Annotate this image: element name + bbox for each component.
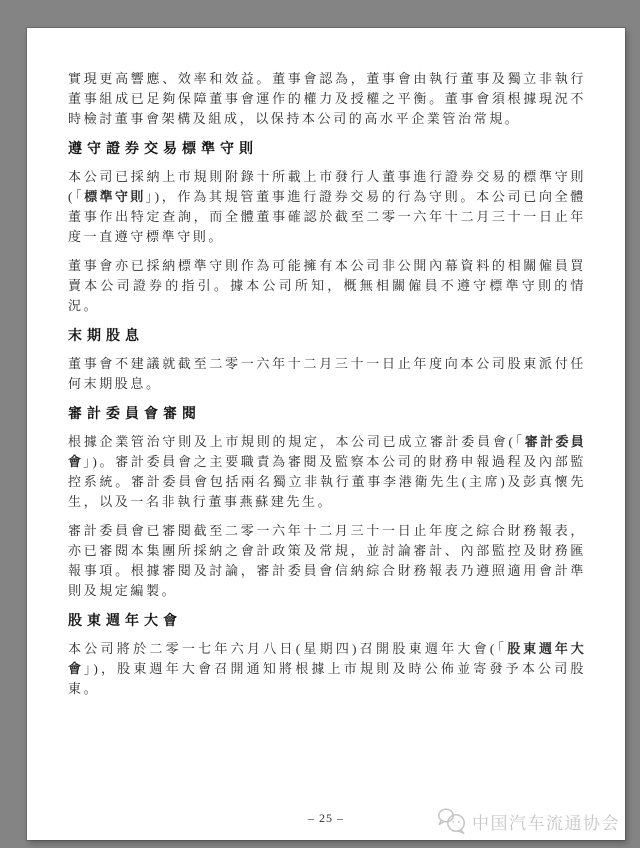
text-segment: 審計委員會審閱 [68, 405, 201, 421]
text-segment: 遵守證券交易標準守則 [68, 140, 258, 156]
body-paragraph: 審計委員會已審閱截至二零一六年十二月三十一日止年度之綜合財務報表，亦已審閱本集團… [68, 521, 586, 601]
section-heading: 末期股息 [68, 325, 586, 345]
document-page: 實現更高響應、效率和效益。董事會認為，董事會由執行董事及獨立非執行董事組成已足夠… [27, 28, 625, 840]
text-segment: 實現更高響應、效率和效益。董事會認為，董事會由執行董事及獨立非執行董事組成已足夠… [68, 71, 586, 126]
text-segment: 」)。審計委員會之主要職責為審閱及監察本公司的財務申報過程及內部監控系統。審計委… [68, 454, 586, 509]
body-paragraph: 本公司已採納上市規則附錄十所載上市發行人董事進行證券交易的標準守則(「標準守則」… [68, 167, 586, 247]
text-segment: 」)，股東週年大會召開通知將根據上市規則及時公佈並寄發予本公司股東。 [68, 661, 586, 696]
watermark-text: 中国汽车流通协会 [472, 809, 620, 834]
watermark: 中国汽车流通协会 [437, 807, 620, 835]
section-heading: 審計委員會審閱 [68, 403, 586, 423]
text-segment: 審計委員會已審閱截至二零一六年十二月三十一日止年度之綜合財務報表，亦已審閱本集團… [68, 523, 586, 598]
text-segment: 本公司將於二零一七年六月八日(星期四)召開股東週年大會(「 [68, 641, 507, 656]
text-segment: 董事會亦已採納標準守則作為可能擁有本公司非公開內幕資料的相關僱員買賣本公司證券的… [68, 258, 586, 313]
chat-bubbles-logo-icon [437, 807, 467, 835]
text-segment: 」)，作為其規管董事進行證券交易的行為守則。本公司已向全體董事作出特定查詢，而全… [68, 189, 586, 244]
document-content: 實現更高響應、效率和效益。董事會認為，董事會由執行董事及獨立非執行董事組成已足夠… [68, 69, 586, 708]
text-segment: 根據企業管治守則及上市規則的規定，本公司已成立審計委員會(「 [68, 434, 525, 449]
body-paragraph: 實現更高響應、效率和效益。董事會認為，董事會由執行董事及獨立非執行董事組成已足夠… [68, 69, 586, 129]
body-paragraph: 本公司將於二零一七年六月八日(星期四)召開股東週年大會(「股東週年大會」)，股東… [68, 639, 586, 699]
body-paragraph: 董事會亦已採納標準守則作為可能擁有本公司非公開內幕資料的相關僱員買賣本公司證券的… [68, 256, 586, 316]
body-paragraph: 根據企業管治守則及上市規則的規定，本公司已成立審計委員會(「審計委員會」)。審計… [68, 432, 586, 512]
text-segment: 末期股息 [68, 327, 144, 343]
defined-term-bold: 標準守則 [84, 189, 145, 204]
text-segment: 董事會不建議就截至二零一六年十二月三十一日止年度向本公司股東派付任何末期股息。 [68, 356, 586, 391]
text-segment: 股東週年大會 [68, 612, 182, 628]
section-heading: 遵守證券交易標準守則 [68, 138, 586, 158]
body-paragraph: 董事會不建議就截至二零一六年十二月三十一日止年度向本公司股東派付任何末期股息。 [68, 354, 586, 394]
section-heading: 股東週年大會 [68, 610, 586, 630]
